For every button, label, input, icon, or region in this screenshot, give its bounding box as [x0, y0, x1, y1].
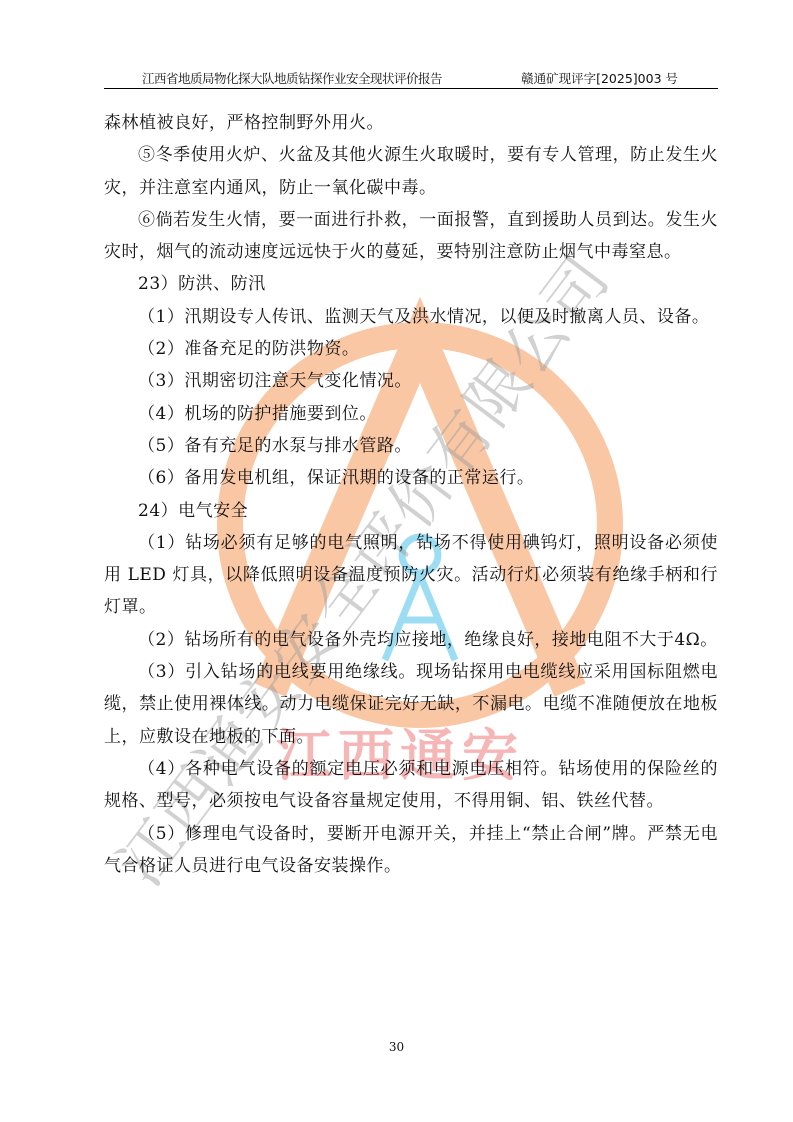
- list-item: （5）修理电气设备时，要断开电源开关，并挂上“禁止合闸”牌。严禁无电气合格证人员…: [104, 818, 718, 883]
- list-item: （2）准备充足的防洪物资。: [104, 333, 718, 365]
- report-title: 江西省地质局物化探大队地质钻探作业安全现状评价报告: [142, 69, 442, 87]
- document-body: 森林植被良好，严格控制野外用火。 ⑤冬季使用火炉、火盆及其他火源生火取暖时，要有…: [104, 107, 718, 882]
- list-item: （1）汛期设专人传讯、监测天气及洪水情况，以便及时撤离人员、设备。: [104, 301, 718, 333]
- list-item: （3）引入钻场的电线要用绝缘线。现场钻探用电电缆线应采用国标阻燃电缆，禁止使用裸…: [104, 656, 718, 753]
- list-item: （4）机场的防护措施要到位。: [104, 398, 718, 430]
- list-item: ⑥倘若发生火情，要一面进行扑救，一面报警，直到援助人员到达。发生火灾时，烟气的流…: [104, 204, 718, 269]
- list-item: （6）备用发电机组，保证汛期的设备的正常运行。: [104, 462, 718, 494]
- list-item: （4）各种电气设备的额定电压必须和电源电压相符。钻场使用的保险丝的规格、型号，必…: [104, 753, 718, 818]
- list-item: （3）汛期密切注意天气变化情况。: [104, 365, 718, 397]
- paragraph-continuation: 森林植被良好，严格控制野外用火。: [104, 107, 718, 139]
- page-footer: 30: [0, 1040, 793, 1054]
- list-item: （2）钻场所有的电气设备外壳均应接地，绝缘良好，接地电阻不大于4Ω。: [104, 624, 718, 656]
- list-item: ⑤冬季使用火炉、火盆及其他火源生火取暖时，要有专人管理，防止发生火灾，并注意室内…: [104, 139, 718, 204]
- section-heading-electrical-safety: 24）电气安全: [104, 495, 718, 527]
- list-item: （5）备有充足的水泵与排水管路。: [104, 430, 718, 462]
- page-number: 30: [389, 1040, 404, 1054]
- list-item: （1）钻场必须有足够的电气照明，钻场不得使用碘钨灯，照明设备必须使用 LED 灯…: [104, 527, 718, 624]
- section-heading-flood-control: 23）防洪、防汛: [104, 268, 718, 300]
- page-header: 江西省地质局物化探大队地质钻探作业安全现状评价报告 赣通矿现评字[2025]00…: [104, 66, 718, 89]
- document-number: 赣通矿现评字[2025]003 号: [521, 69, 678, 87]
